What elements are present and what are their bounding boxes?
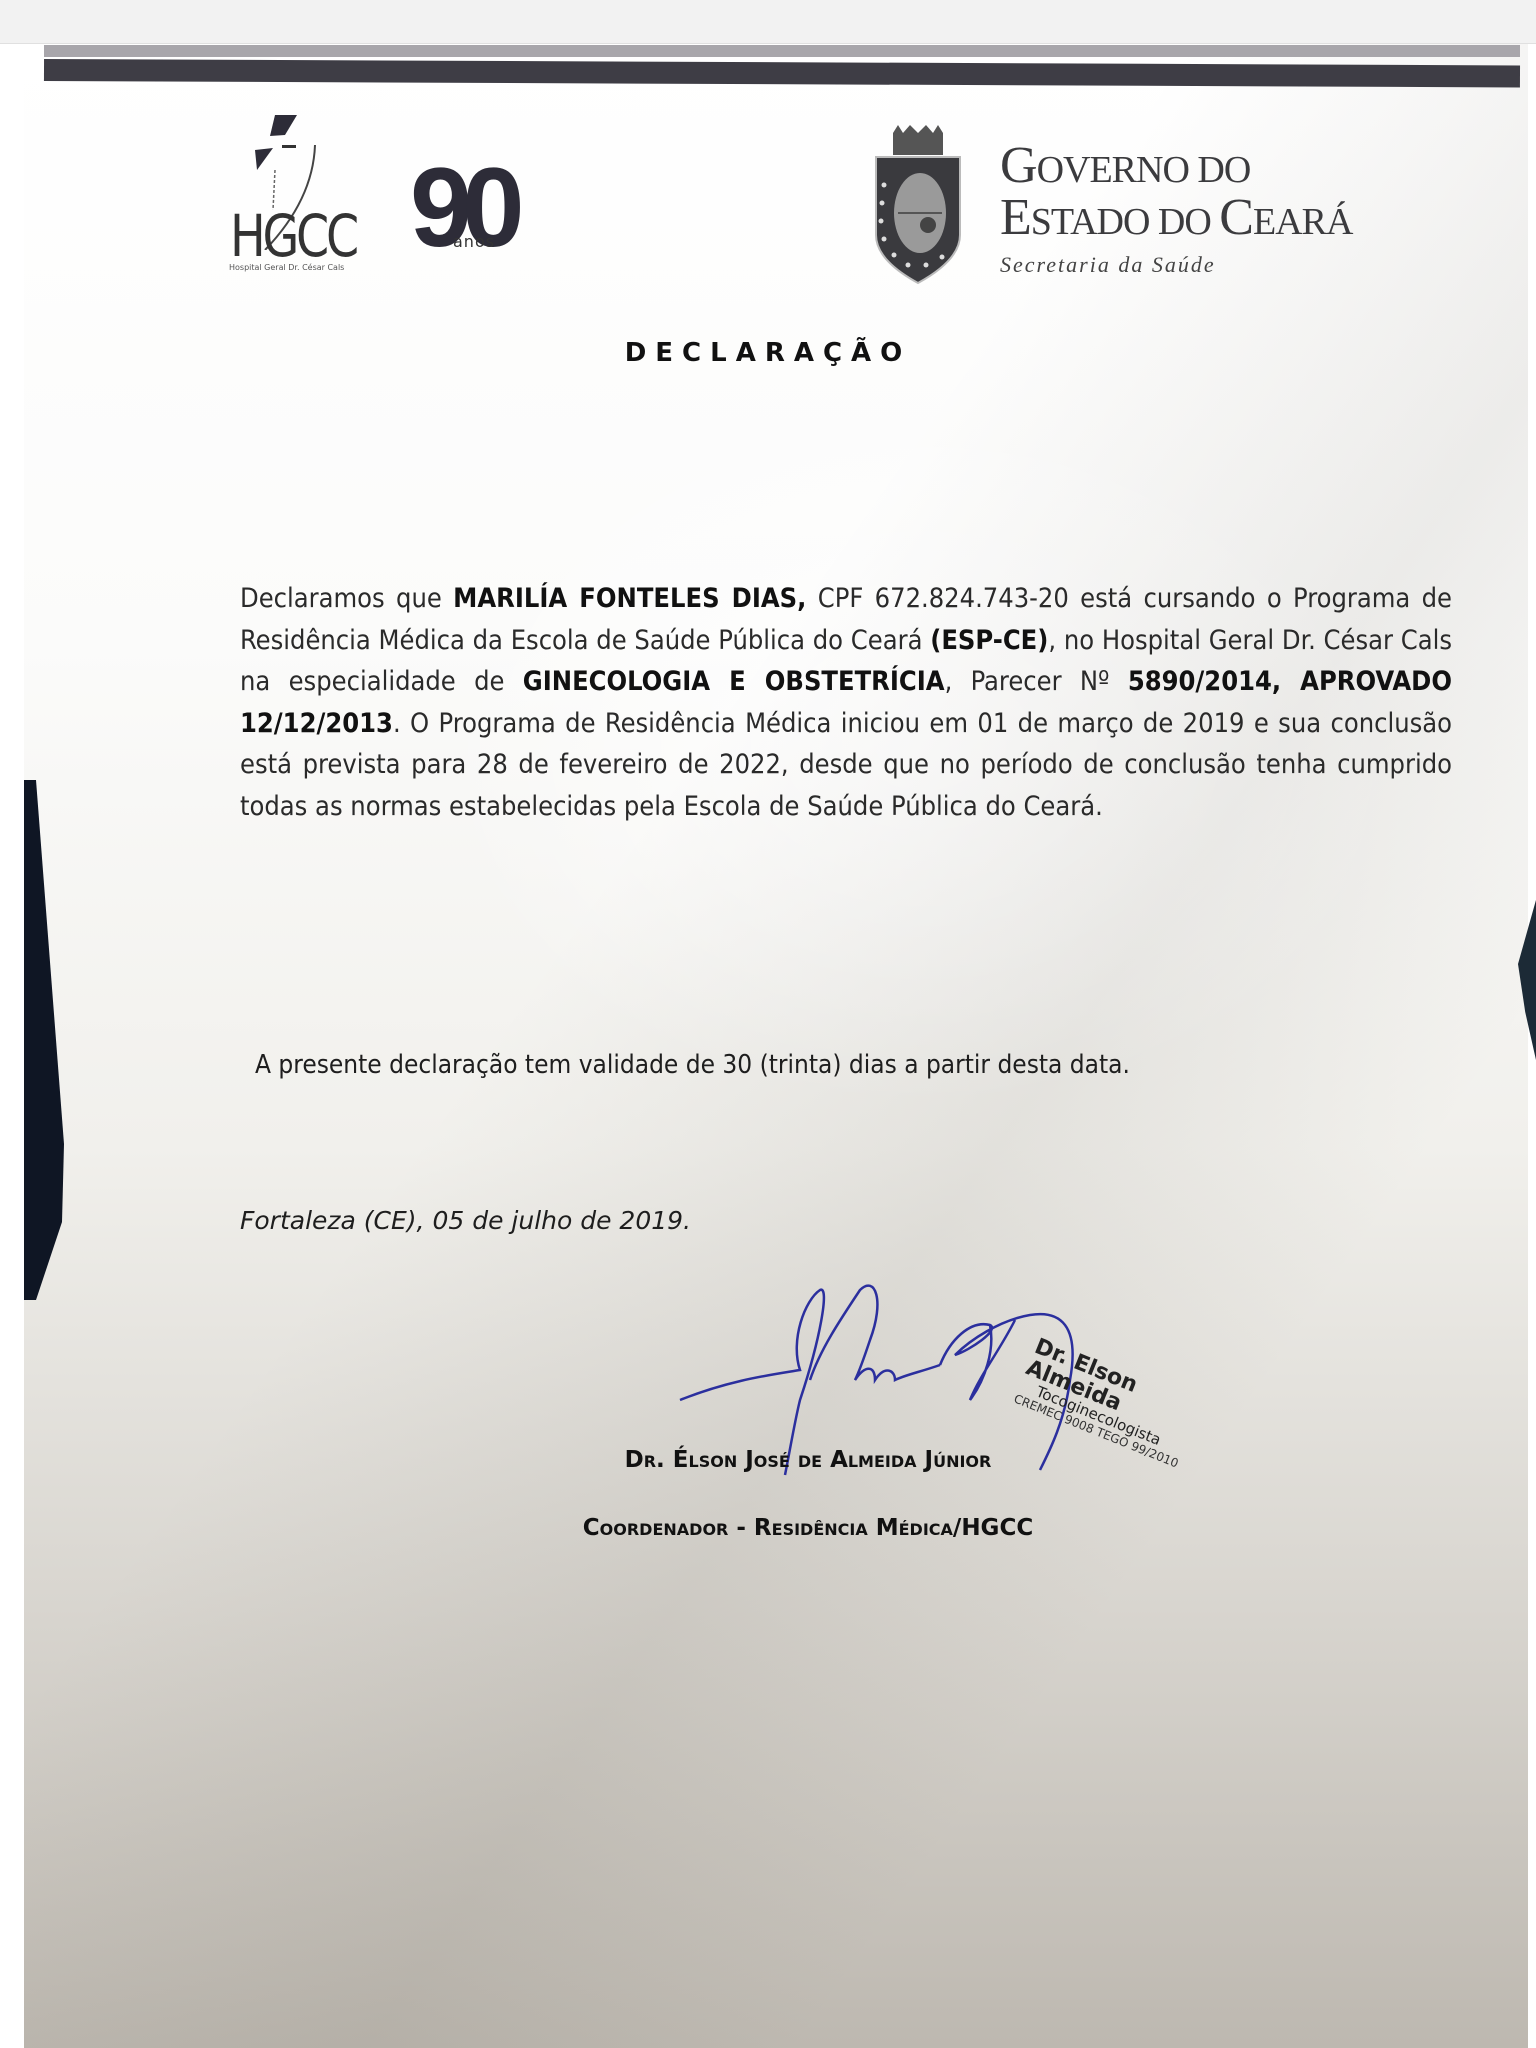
gov-line2-rest2: EARÁ xyxy=(1253,201,1352,243)
place-and-date: Fortaleza (CE), 05 de julho de 2019. xyxy=(240,1206,691,1235)
ceara-coat-of-arms-icon xyxy=(868,125,968,285)
gov-line1-initial: G xyxy=(1000,137,1037,194)
body-text: , Parecer Nº xyxy=(945,666,1128,697)
header-band-light xyxy=(44,45,1520,57)
anniversary-label: anos xyxy=(453,232,495,251)
gov-line2-rest: STADO xyxy=(1031,201,1150,243)
document-title: DECLARAÇÃO xyxy=(0,338,1536,368)
resident-name: MARILÍA FONTELES DIAS, xyxy=(453,583,806,614)
gov-line1-small: DO xyxy=(1189,149,1250,191)
school-abbreviation: (ESP-CE) xyxy=(930,625,1048,656)
body-text: Declaramos que xyxy=(240,583,453,614)
hgcc-logo: HGCC Hospital Geral Dr. César Cals 90 an… xyxy=(225,110,525,285)
hgcc-subtitle: Hospital Geral Dr. César Cals xyxy=(229,263,344,272)
gov-subtitle: Secretaria da Saúde xyxy=(1000,254,1352,276)
viewer-top-bar xyxy=(0,0,1536,44)
signer-role: Coordenador - Residência Médica/HGCC xyxy=(0,1515,1536,1541)
specialty: GINECOLOGIA E OBSTETRÍCIA xyxy=(523,666,945,697)
government-title: GOVERNO DO ESTADO DO CEARÁ Secretaria da… xyxy=(1000,140,1352,276)
gov-line1-rest: OVERNO xyxy=(1037,149,1189,191)
validity-statement: A presente declaração tem validade de 30… xyxy=(255,1050,1130,1080)
gov-line2-initial2: C xyxy=(1219,189,1253,246)
hgcc-acronym: HGCC xyxy=(230,202,356,270)
gov-line2-small: DO xyxy=(1149,201,1219,243)
body-text: . O Programa de Residência Médica inicio… xyxy=(240,708,1452,822)
gov-line2-initial: E xyxy=(1000,189,1031,246)
signer-name: Dr. Élson José de Almeida Júnior xyxy=(0,1447,1536,1473)
declaration-body: Declaramos que MARILÍA FONTELES DIAS, CP… xyxy=(240,578,1452,827)
